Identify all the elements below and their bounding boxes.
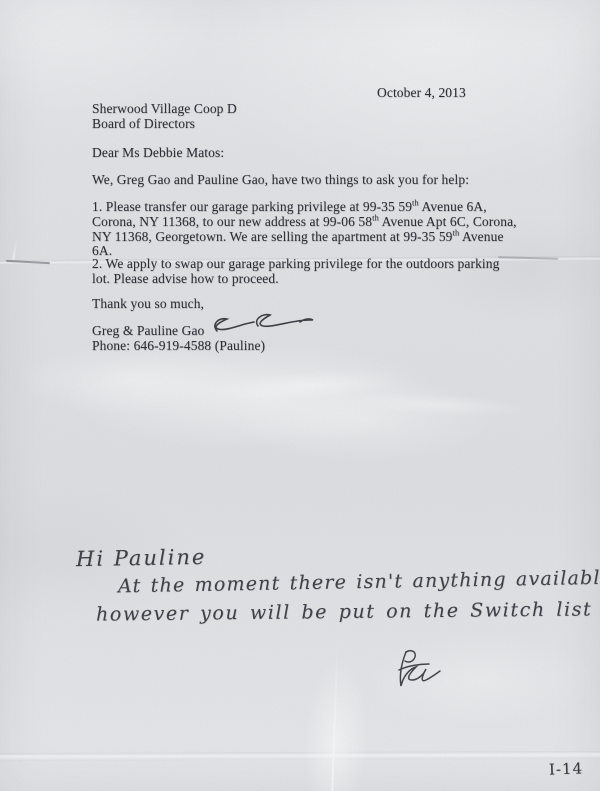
middle-crease-highlight: [179, 359, 441, 411]
bottom-fold-crease: [0, 751, 600, 761]
recipient-dept: Board of Directors: [92, 117, 237, 132]
ordinal-suffix: th: [412, 199, 419, 208]
crease-mark-left-vertical: [12, 238, 17, 260]
paper-shading: [0, 0, 600, 791]
vertical-fold-crease: [291, 610, 384, 791]
signature-block: Greg & Pauline Gao Phone: 646-919-4588 (…: [92, 324, 265, 354]
handwritten-reply-line-2: At the moment there isn't anything avail…: [118, 567, 600, 598]
page-annotation: I-14: [549, 759, 584, 778]
request-1-paragraph: 1. Please transfer our garage parking pr…: [92, 200, 520, 259]
request-1-text: 1. Please transfer our garage parking pr…: [92, 199, 412, 214]
staff-signature-scribble: [385, 646, 447, 694]
ordinal-suffix: th: [372, 213, 379, 222]
handwritten-reply-line-1: Hi Pauline: [76, 545, 207, 571]
scanned-letter-page: October 4, 2013 Sherwood Village Coop D …: [0, 0, 600, 791]
signer-names: Greg & Pauline Gao: [92, 324, 265, 339]
request-2-paragraph: 2. We apply to swap our garage parking p…: [92, 257, 520, 287]
crease-mark-left: [6, 260, 50, 264]
phone-line: Phone: 646-919-4588 (Pauline): [92, 339, 265, 354]
intro-line: We, Greg Gao and Pauline Gao, have two t…: [92, 173, 469, 188]
letter-date: October 4, 2013: [377, 86, 466, 101]
recipient-block: Sherwood Village Coop D Board of Directo…: [92, 102, 237, 132]
recipient-name: Sherwood Village Coop D: [92, 102, 237, 117]
handwritten-reply-line-3: however you will be put on the Switch li…: [96, 598, 593, 625]
closing-line: Thank you so much,: [92, 297, 204, 312]
middle-crease-highlight-2: [329, 386, 550, 423]
salutation: Dear Ms Debbie Matos:: [92, 146, 224, 161]
vertical-fold-line: [331, 636, 338, 791]
scan-grain-texture: [0, 0, 600, 791]
